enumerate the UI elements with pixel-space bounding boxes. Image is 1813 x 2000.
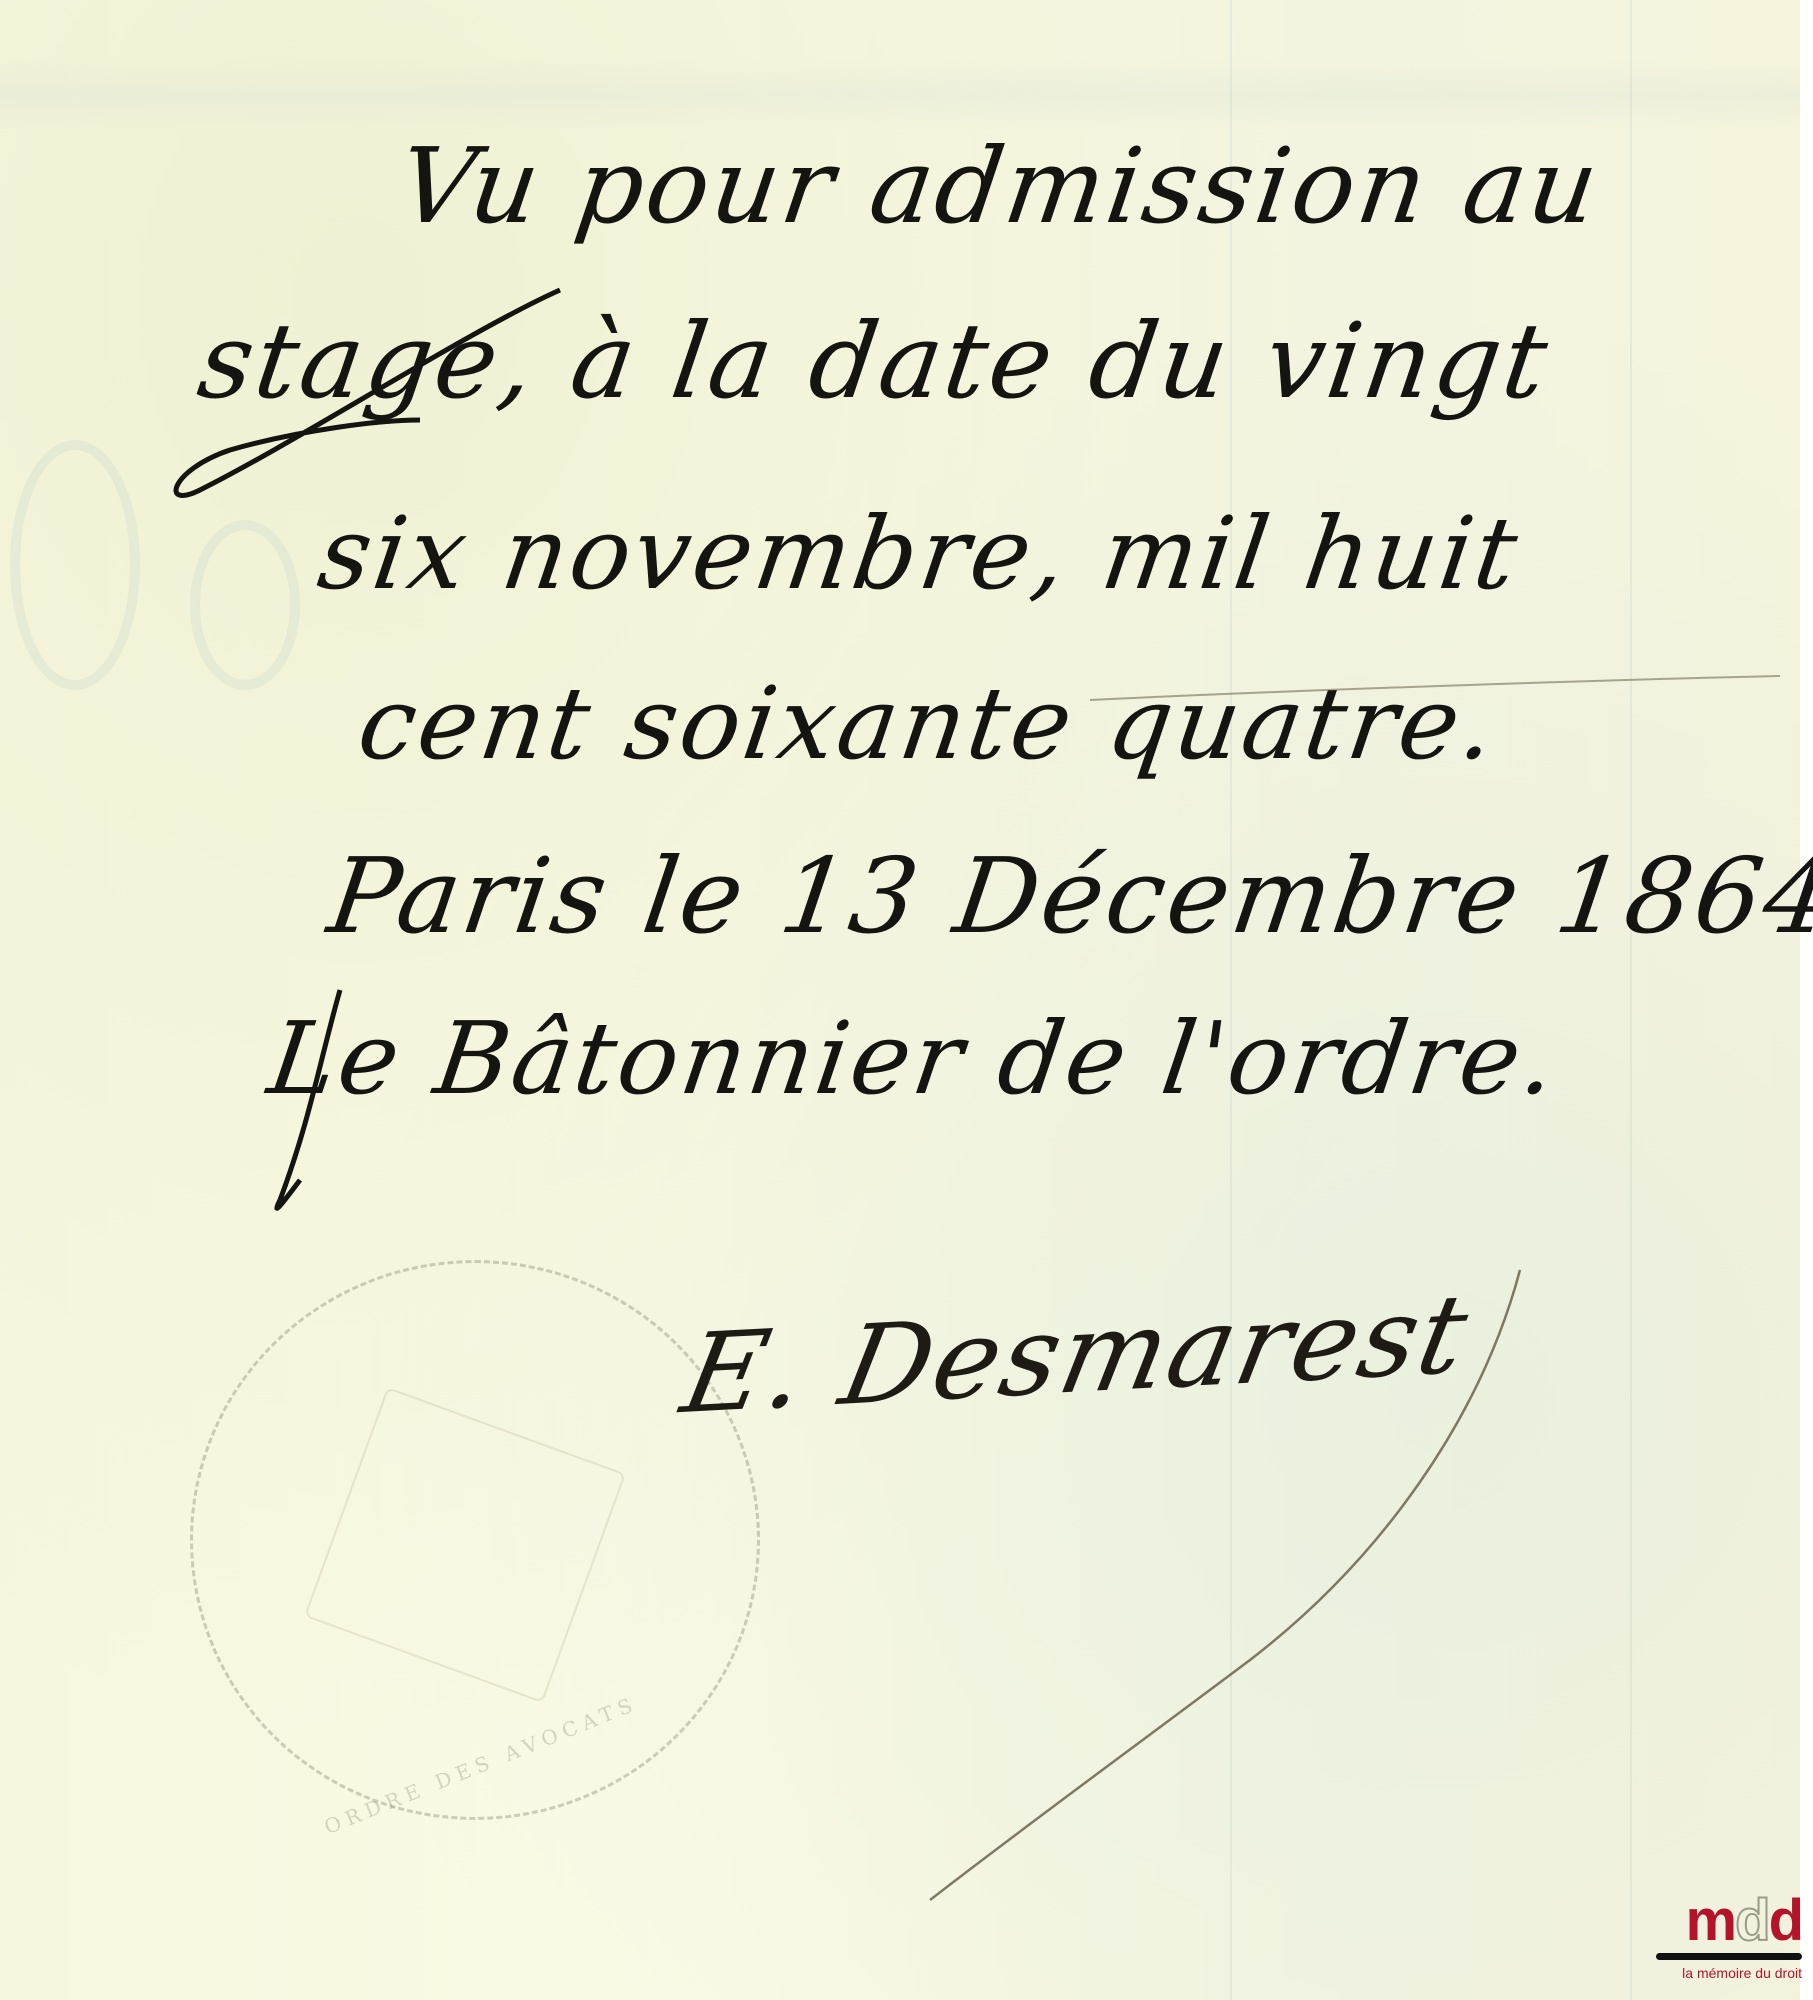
paper-show-through (0, 60, 1800, 130)
handwriting-line-3: six novembre, mil huit (312, 495, 1527, 612)
logo-letter-m: m (1686, 1888, 1736, 1953)
bleed-through-mark (10, 440, 140, 690)
handwriting-line-1: Vu pour admission au (391, 125, 1608, 247)
mdd-logo: mdd la mémoire du droit (1652, 1895, 1802, 1995)
logo-letter-d: d (1769, 1888, 1802, 1953)
paper-rule-line (1630, 0, 1632, 2000)
handwriting-line-2: stage, à la date du vingt (191, 300, 1557, 422)
handwriting-line-4: cent soixante quatre. (352, 665, 1505, 782)
logo-letter-d-outline: d (1735, 1888, 1768, 1953)
signature: E. Desmarest (673, 1270, 1479, 1438)
handwriting-line-6-title: Le Bâtonnier de l'ordre. (262, 1000, 1566, 1117)
handwriting-line-5-date: Paris le 13 Décembre 1864 (321, 835, 1813, 957)
seal-emblem (304, 1387, 626, 1703)
logo-tagline: la mémoire du droit (1652, 1965, 1802, 1981)
logo-divider-bar (1656, 1953, 1802, 1960)
bleed-through-mark (190, 520, 300, 690)
seal-text: ORDRE DES AVOCATS (321, 1691, 641, 1839)
document-paper: ORDRE DES AVOCATS Vu pour admission au s… (0, 0, 1800, 2000)
mdd-logo-mark: mdd (1652, 1895, 1802, 1947)
seal-stamp: ORDRE DES AVOCATS (190, 1260, 760, 1820)
